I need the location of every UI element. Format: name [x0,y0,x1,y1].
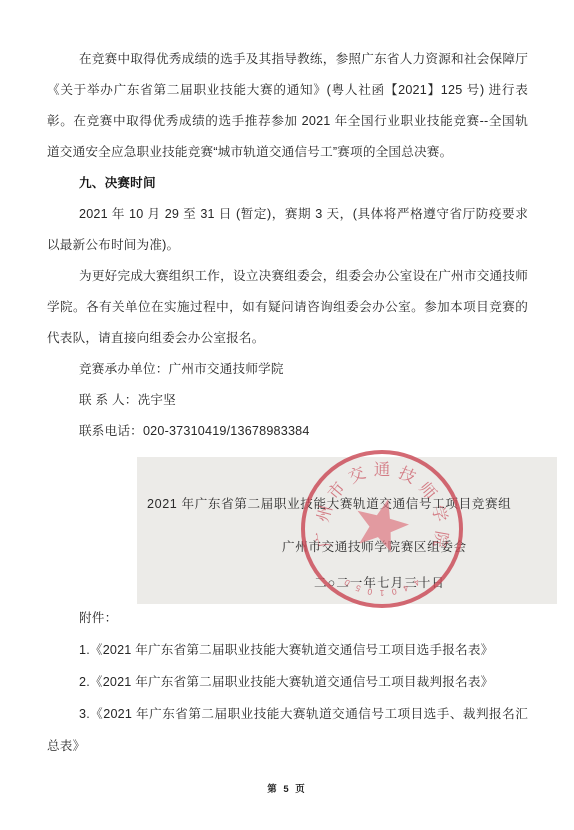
text-line: 在竞赛中取得优秀成绩的选手及其指导教练，参照广东省人力资源和社会保障厅 [47,44,528,75]
page-number: 第 5 页 [0,781,574,795]
text-line: 3.《2021 年广东省第二届职业技能大赛轨道交通信号工项目选手、裁判报名汇 [47,698,528,730]
official-red-seal-icon: 广州市交通技师学院 4401050 [296,443,468,615]
text-line: 九、决赛时间 [47,168,528,199]
text-line: 1.《2021 年广东省第二届职业技能大赛轨道交通信号工项目选手报名表》 [47,634,528,666]
svg-text:师: 师 [415,478,440,503]
svg-text:交: 交 [345,463,368,487]
text-line: 竞赛承办单位：广州市交通技师学院 [47,354,528,385]
text-line: 联 系 人：冼宇坚 [47,385,528,416]
text-line: 总表》 [47,730,528,762]
svg-text:5: 5 [354,583,362,594]
svg-text:0: 0 [366,586,373,597]
attachment-list-block: 附件：1.《2021 年广东省第二届职业技能大赛轨道交通信号工项目选手报名表》2… [47,602,528,762]
svg-text:4: 4 [402,583,410,594]
svg-text:州: 州 [313,503,336,524]
svg-text:学: 学 [428,503,451,524]
svg-text:广: 广 [313,530,335,550]
seal-digits: 4401050 [342,577,421,598]
text-line: 2021 年 10 月 29 至 31 日 (暂定)，赛期 3 天，(具体将严格… [47,199,528,230]
svg-text:1: 1 [379,588,384,598]
text-line: 以最新公布时间为准)。 [47,230,528,261]
text-line: 为更好完成大赛组织工作，设立决赛组委会，组委会办公室设在广州市交通技师 [47,261,528,292]
text-line: 代表队，请直接向组委会办公室报名。 [47,323,528,354]
text-line: 道交通安全应急职业技能竞赛“城市轨道交通信号工”赛项的全国总决赛。 [47,137,528,168]
text-line: 彰。在竞赛中取得优秀成绩的选手推荐参加 2021 年全国行业职业技能竞赛--全国… [47,106,528,137]
svg-text:市: 市 [324,478,349,503]
document-page: 在竞赛中取得优秀成绩的选手及其指导教练，参照广东省人力资源和社会保障厅《关于举办… [0,0,574,830]
svg-text:0: 0 [342,577,352,588]
text-line: 2.《2021 年广东省第二届职业技能大赛轨道交通信号工项目裁判报名表》 [47,666,528,698]
svg-text:技: 技 [396,463,419,487]
svg-text:4: 4 [412,577,422,588]
svg-text:通: 通 [374,460,391,479]
body-text-block: 在竞赛中取得优秀成绩的选手及其指导教练，参照广东省人力资源和社会保障厅《关于举办… [47,44,528,447]
svg-text:0: 0 [391,586,398,597]
text-line: 学院。各有关单位在实施过程中，如有疑问请咨询组委会办公室。参加本项目竞赛的 [47,292,528,323]
text-line: 《关于举办广东省第二届职业技能大赛的通知》(粤人社函【2021】125 号) 进… [47,75,528,106]
svg-text:院: 院 [430,530,452,550]
